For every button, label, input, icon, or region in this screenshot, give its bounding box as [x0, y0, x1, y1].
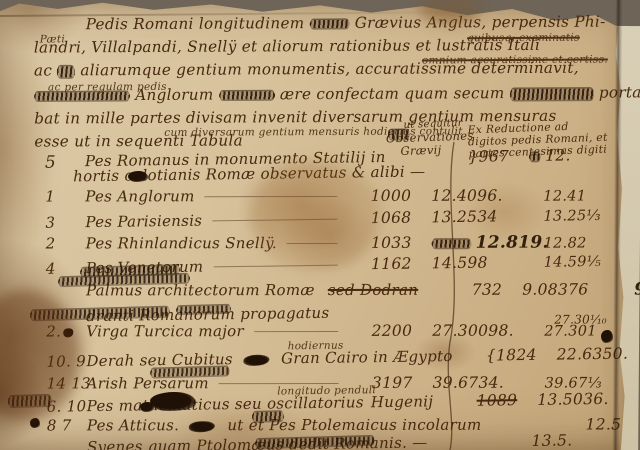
ink-blot: [189, 421, 215, 432]
value-observation: [348, 317, 414, 318]
interlinear-note: Pæti: [40, 28, 65, 51]
scribble-deletion: [310, 20, 350, 28]
leader-line: [254, 331, 338, 332]
row-label: Arish Persarum: [87, 374, 209, 392]
ink-blot: [243, 354, 269, 365]
interlinear-note: longitudo penduli: [277, 384, 376, 397]
row-label: Pes Parisiensis: [85, 212, 202, 232]
scribble-deletion: [529, 153, 541, 161]
interlinear-note-struck: omnium accuratissime et certiss.: [422, 49, 608, 73]
value-rounded: 12.82: [534, 235, 626, 251]
value-rounded: 12.41: [533, 188, 625, 204]
ink-blot: [140, 402, 154, 412]
scribble-deletion: [219, 91, 275, 99]
row-label-cont: Hugenij: [371, 392, 434, 411]
interlinear-note: hodiernus: [288, 340, 344, 353]
row-number: 2: [46, 234, 86, 252]
ink-blot: [57, 66, 75, 77]
value-rounded: 13.50: [633, 431, 640, 448]
value-correction: 27.30⅒: [554, 312, 607, 326]
stain: [250, 160, 380, 270]
scribble-deletion: [176, 305, 231, 313]
manuscript-photo: Pedis Romani longitudinem Grævius Anglus…: [0, 0, 640, 450]
scribble-deletion: [388, 130, 410, 140]
row-number: 8 7: [47, 416, 87, 434]
scribble-deletion: [510, 88, 594, 99]
value-rounded: 13.25⅓: [533, 208, 625, 225]
struck-text: sed Dodran: [328, 281, 418, 299]
value-observation: 2200: [346, 322, 412, 340]
row-label-line2: hortis colotianis Romæ observatus & alib…: [73, 162, 425, 185]
value-digits: 13.5036.: [533, 389, 639, 408]
column-divider-line: [432, 142, 472, 450]
value-rounded: 9.08⅓9.0838: [624, 279, 640, 299]
value-digits: 22.6350.: [553, 344, 640, 363]
paragraph-text: ære confectam quam secum: [280, 84, 505, 103]
row-label: Pes Atticus.: [87, 416, 179, 434]
row-number: 4: [46, 259, 86, 278]
value-rounded: 12: [631, 144, 640, 161]
row-number: 3: [45, 213, 85, 232]
row-label: Pes Rhinlandicus Snellÿ.: [86, 234, 277, 252]
interlinear-note-struck: quibusq; examinatis: [467, 27, 580, 51]
row-label: Pes Anglorum: [85, 187, 194, 205]
row-label: Virga Turcica major: [86, 322, 244, 340]
scribble-deletion: [252, 412, 284, 422]
interlinear-note: ac per regulam pedis: [48, 76, 167, 100]
value-observation: {1824: [471, 346, 537, 365]
ink-blot: [601, 330, 613, 343]
paragraph-line-4: ac per regulam pedis Anglorum ære confec…: [34, 81, 620, 107]
value-digits: 9.08376: [518, 280, 624, 298]
ink-blot: [150, 392, 196, 411]
value-rounded: 14.59⅕: [534, 254, 626, 271]
row-number: 1: [45, 187, 85, 205]
ink-blot: [128, 171, 148, 182]
paragraph-text: Pedis Romani longitudinem: [86, 14, 305, 33]
